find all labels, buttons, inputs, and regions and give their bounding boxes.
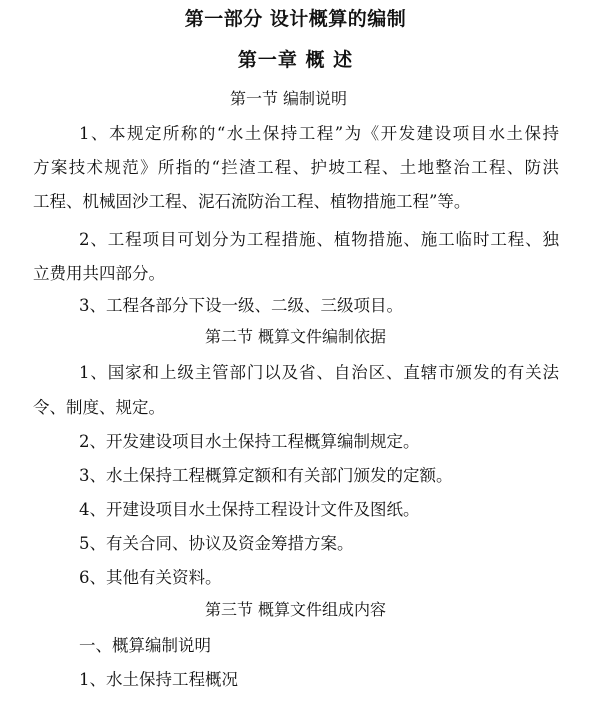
section-3-item-1: 1、水土保持工程概况 bbox=[79, 670, 238, 690]
section-2-title: 第二节 概算文件编制依据 bbox=[0, 327, 591, 347]
section-2-para-2: 2、开发建设项目水土保持工程概算编制规定。 bbox=[79, 432, 420, 452]
document-page: 第一部分 设计概算的编制 第一章 概 述 第一节 编制说明 1、本规定所称的“水… bbox=[0, 0, 591, 709]
section-2-para-1-line-1: 1、国家和上级主管部门以及省、自治区、直辖市颁发的有关法 bbox=[79, 363, 559, 383]
section-2-para-4: 4、开建设项目水土保持工程设计文件及图纸。 bbox=[79, 500, 420, 520]
section-1-para-3-line-1: 3、工程各部分下设一级、二级、三级项目。 bbox=[79, 296, 403, 316]
section-2-para-5: 5、有关合同、协议及资金筹措方案。 bbox=[79, 534, 354, 554]
part-title: 第一部分 设计概算的编制 bbox=[0, 9, 591, 29]
section-2-para-1-line-2: 令、制度、规定。 bbox=[33, 398, 165, 418]
section-2-para-3: 3、水土保持工程概算定额和有关部门颁发的定额。 bbox=[79, 466, 453, 486]
section-1-para-1-line-3: 工程、机械固沙工程、泥石流防治工程、植物措施工程”等。 bbox=[33, 192, 470, 212]
section-1-para-2-line-2: 立费用共四部分。 bbox=[33, 264, 165, 284]
section-3-heading-1: 一、概算编制说明 bbox=[79, 636, 211, 656]
section-1-para-2-line-1: 2、工程项目可划分为工程措施、植物措施、施工临时工程、独 bbox=[79, 230, 559, 250]
section-1-para-1-line-2: 方案技术规范》所指的“拦渣工程、护坡工程、土地整治工程、防洪 bbox=[33, 158, 559, 178]
section-1-title: 第一节 编制说明 bbox=[0, 89, 591, 109]
section-2-para-6: 6、其他有关资料。 bbox=[79, 568, 222, 588]
section-3-title: 第三节 概算文件组成内容 bbox=[0, 600, 591, 620]
section-1-para-1-line-1: 1、本规定所称的“水土保持工程”为《开发建设项目水土保持 bbox=[79, 124, 559, 144]
chapter-title: 第一章 概 述 bbox=[0, 50, 591, 70]
